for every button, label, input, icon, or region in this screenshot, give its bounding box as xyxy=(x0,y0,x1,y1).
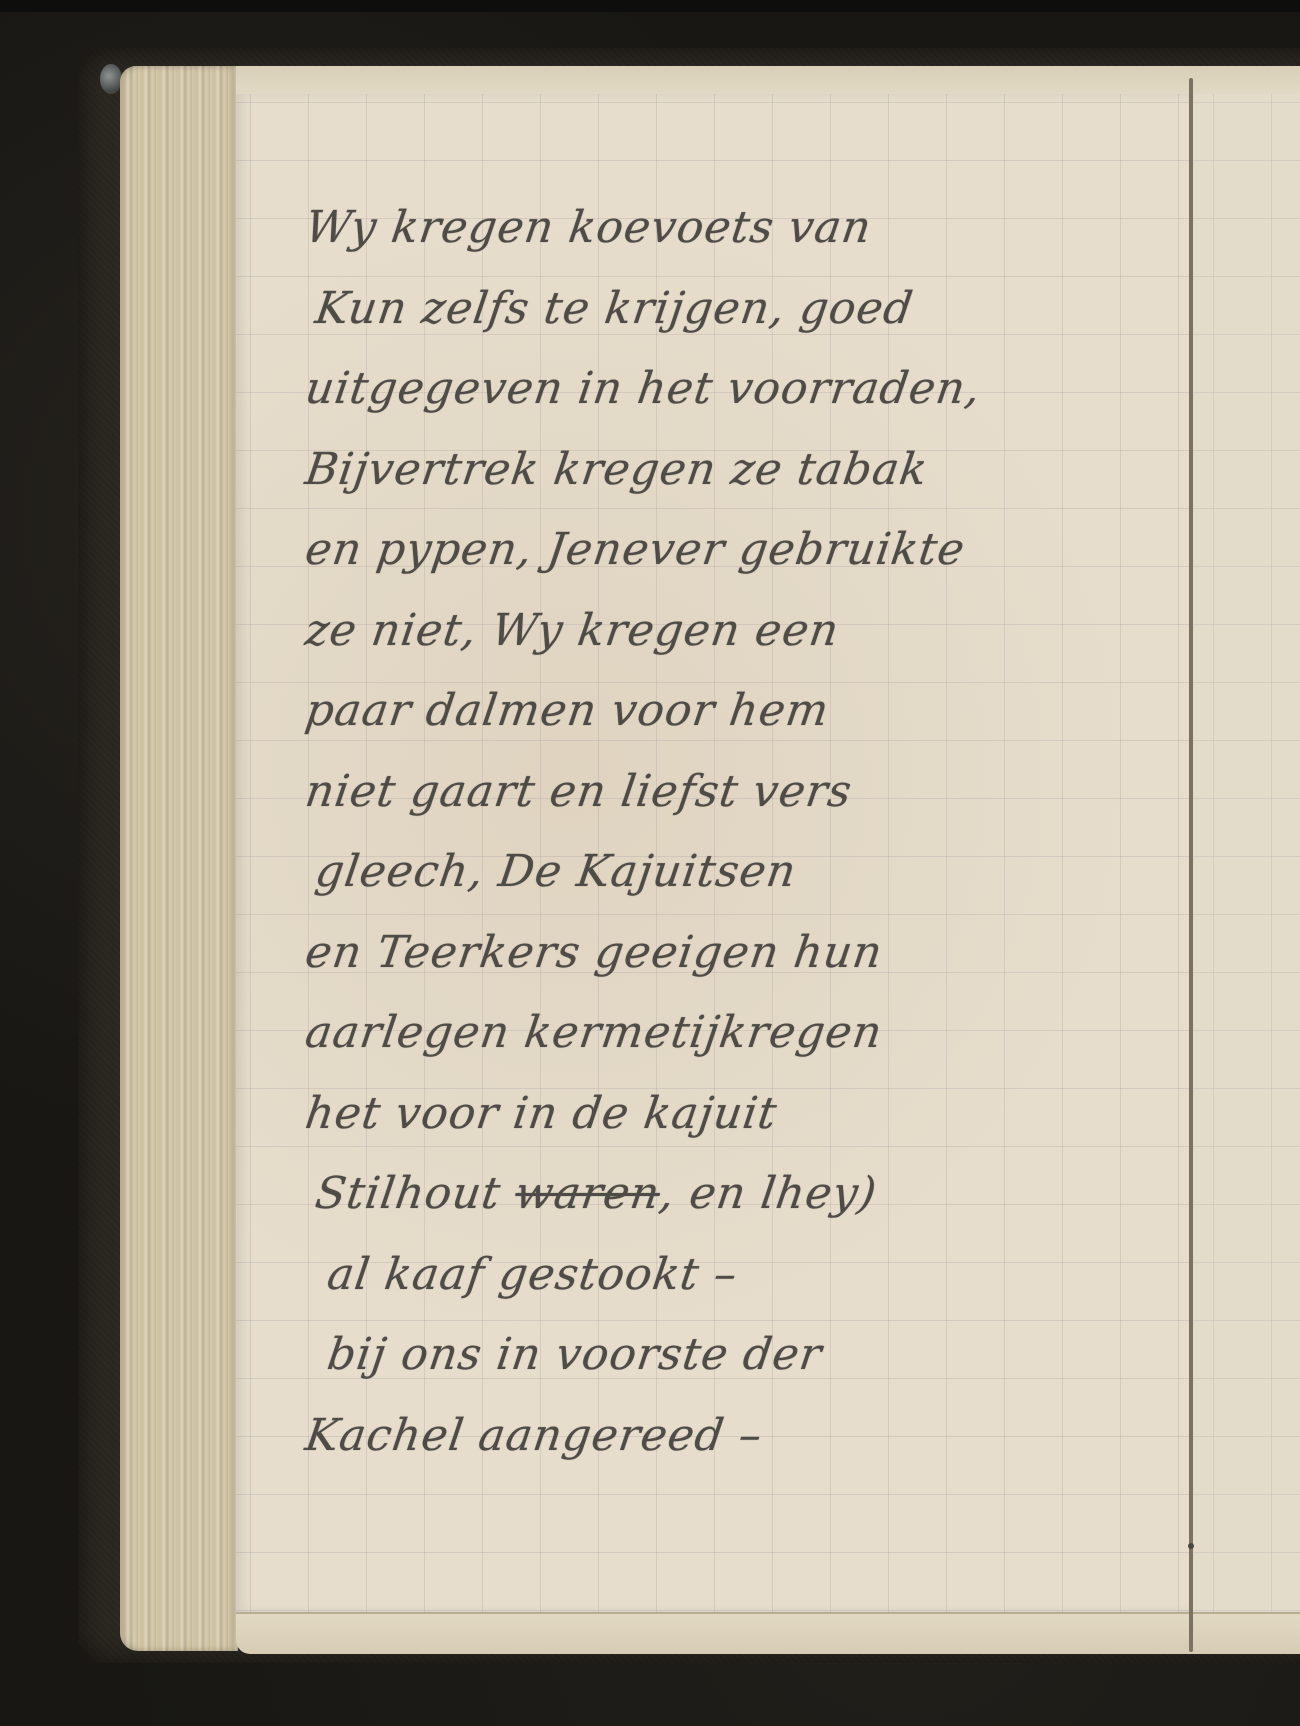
manuscript-line: paar dalmen voor hem xyxy=(300,671,1191,752)
page-bottom-edge xyxy=(236,1612,1300,1654)
struck-through-word: waren xyxy=(512,1168,663,1219)
manuscript-line: aarlegen kermetijkregen xyxy=(300,993,1191,1074)
manuscript-word: Stilhout xyxy=(312,1168,504,1219)
manuscript-line: bij ons in voorste der xyxy=(300,1315,1191,1396)
binding-gutter xyxy=(1189,78,1193,1652)
manuscript-line: Kun zelfs te krijgen, goed xyxy=(300,269,1191,350)
page-top-edge xyxy=(236,66,1300,96)
notebook-photo: Wy kregen koevoets van Kun zelfs te krij… xyxy=(0,0,1300,1726)
ink-spot xyxy=(1188,1543,1194,1549)
manuscript-line: al kaaf gestookt – xyxy=(300,1235,1191,1316)
manuscript-line: Bijvertrek kregen ze tabak xyxy=(300,430,1191,511)
manuscript-line: niet gaart en liefst vers xyxy=(300,752,1191,833)
manuscript-line: Wy kregen koevoets van xyxy=(300,188,1191,269)
manuscript-line: en pypen, Jenever gebruikte xyxy=(300,510,1191,591)
manuscript-word: , en lhey) xyxy=(656,1168,880,1219)
manuscript-line: uitgegeven in het voorraden, xyxy=(300,349,1191,430)
top-border xyxy=(0,0,1300,12)
page-block-fore-edge xyxy=(120,66,238,1651)
manuscript-line: ze niet, Wy kregen een xyxy=(300,591,1191,672)
facing-page xyxy=(1193,94,1300,1612)
manuscript-line: Kachel aangereed – xyxy=(300,1396,1191,1477)
manuscript-line: en Teerkers geeigen hun xyxy=(300,913,1191,994)
manuscript-line: gleech, De Kajuitsen xyxy=(300,832,1191,913)
cover-clasp-rivet xyxy=(100,64,122,94)
handwritten-text: Wy kregen koevoets van Kun zelfs te krij… xyxy=(300,188,1180,1476)
manuscript-line: het voor in de kajuit xyxy=(300,1074,1191,1155)
manuscript-line: Stilhout waren, en lhey) xyxy=(300,1154,1191,1235)
